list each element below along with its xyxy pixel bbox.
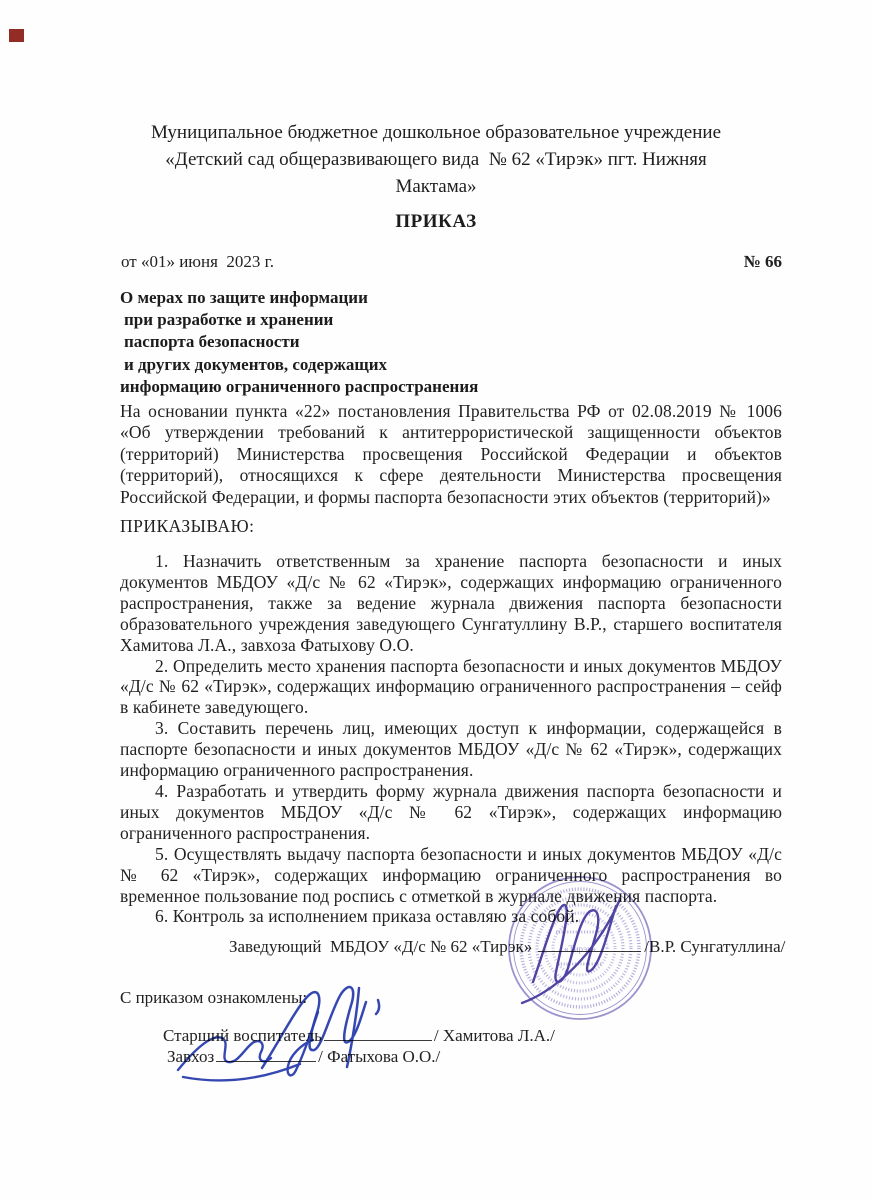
preamble-paragraph: На основании пункта «22» постановления П… xyxy=(120,401,782,508)
director-signature-line xyxy=(538,936,641,952)
document-title: ПРИКАЗ xyxy=(103,211,769,233)
director-signature-label: Заведующий МБДОУ «Д/с № 62 «Тирэк» xyxy=(229,937,532,957)
order-item-1: 1. Назначить ответственным за хранение п… xyxy=(120,551,782,656)
date-number-row: от «01» июня 2023 г. № 66 xyxy=(121,252,782,272)
subject-line: О мерах по защите информации xyxy=(120,287,680,309)
document-number: № 66 xyxy=(744,252,782,272)
acknowledgement-signature-line xyxy=(216,1046,316,1062)
subject-line: паспорта безопасности xyxy=(120,331,680,353)
organization-header: Муниципальное бюджетное дошкольное образ… xyxy=(103,119,769,200)
organization-name-line3: Мактама» xyxy=(103,173,769,200)
acknowledgement-role: Старший воспитатель xyxy=(163,1026,322,1046)
document-date: от «01» июня 2023 г. xyxy=(121,252,274,272)
acknowledgement-signature-line xyxy=(324,1025,432,1041)
acknowledgement-heading: С приказом ознакомлены: xyxy=(120,988,307,1008)
order-items: 1. Назначить ответственным за хранение п… xyxy=(120,551,782,927)
organization-name-line2: «Детский сад общеразвивающего вида № 62 … xyxy=(103,146,769,173)
acknowledgement-role: Завхоз xyxy=(167,1047,214,1067)
order-item-4: 4. Разработать и утвердить форму журнала… xyxy=(120,781,782,844)
acknowledgement-name: / Хамитова Л.А./ xyxy=(434,1026,555,1046)
subject-line: информацию ограниченного распространения xyxy=(120,376,680,398)
acknowledgement-row: Старший воспитатель / Хамитова Л.А./ xyxy=(163,1025,555,1046)
scanned-order-page: Муниципальное бюджетное дошкольное образ… xyxy=(0,0,873,1200)
order-item-5: 5. Осуществлять выдачу паспорта безопасн… xyxy=(120,844,782,907)
subject-block: О мерах по защите информации при разрабо… xyxy=(120,287,680,398)
acknowledgement-row: Завхоз / Фатыхова О.О./ xyxy=(167,1046,440,1067)
organization-name-line1: Муниципальное бюджетное дошкольное образ… xyxy=(103,119,769,146)
order-item-6: 6. Контроль за исполнением приказа остав… xyxy=(120,906,782,927)
acknowledgement-name: / Фатыхова О.О./ xyxy=(318,1047,440,1067)
scan-corner-mark xyxy=(9,29,24,42)
order-item-3: 3. Составить перечень лиц, имеющих досту… xyxy=(120,718,782,781)
subject-line: и других документов, содержащих xyxy=(120,354,680,376)
order-item-2: 2. Определить место хранения паспорта бе… xyxy=(120,656,782,719)
subject-line: при разработке и хранении xyxy=(120,309,680,331)
director-signature-name: /В.Р. Сунгатуллина/ xyxy=(644,937,785,957)
director-signature-row: Заведующий МБДОУ «Д/с № 62 «Тирэк» /В.Р.… xyxy=(229,936,785,957)
order-heading: ПРИКАЗЫВАЮ: xyxy=(120,516,254,537)
